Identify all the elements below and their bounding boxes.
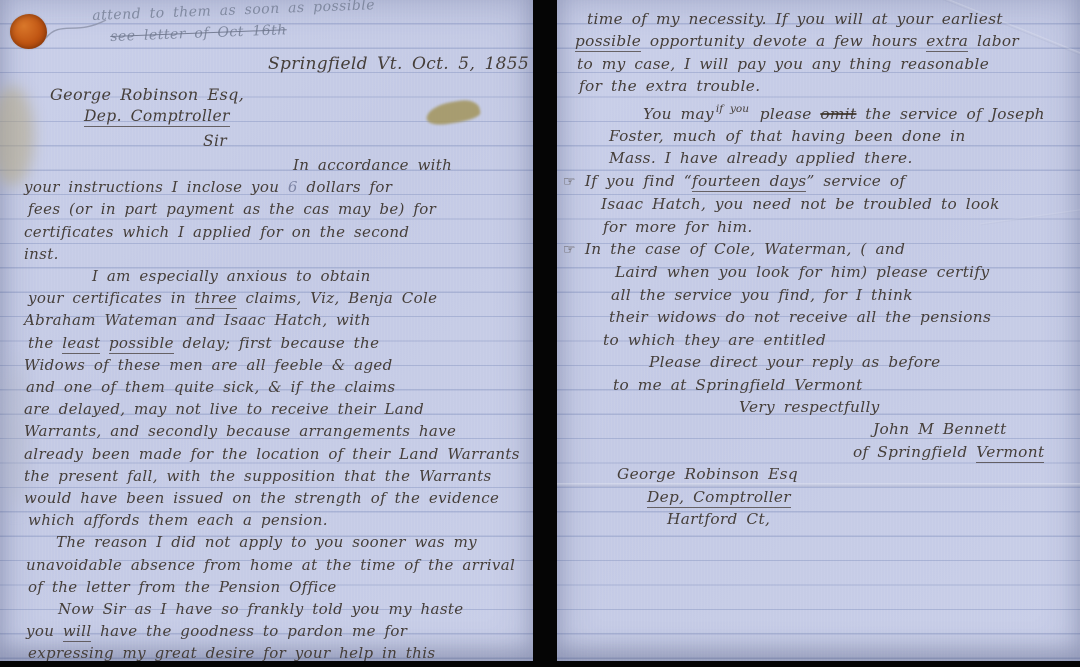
handwritten-text: time of my necessity. If you will at you…	[587, 10, 1003, 28]
handwritten-text: I am especially anxious to obtain	[92, 267, 371, 285]
handwritten-text: all the service you find, for I think	[611, 286, 913, 304]
handwritten-text: Mass. I have already applied there.	[609, 149, 913, 167]
handwritten-text: Foster, much of that having been done in	[609, 127, 966, 145]
handwritten-text: to which they are entitled	[603, 331, 826, 349]
handwritten-text: of the letter from the Pension Office	[28, 578, 337, 596]
handwritten-line: Laird when you look for him) please cert…	[557, 261, 1080, 283]
handwritten-line: your certificates in three claims, Viz, …	[0, 287, 533, 309]
handwritten-text: 6	[288, 178, 298, 196]
handwritten-line: certificates which I applied for on the …	[0, 221, 533, 243]
handwritten-text: possible	[575, 32, 641, 52]
handwritten-line: all the service you find, for I think	[557, 284, 1080, 306]
handwritten-text: fourteen days	[692, 172, 806, 192]
handwritten-text: delay; first because the	[174, 334, 379, 352]
handwritten-line: unavoidable absence from home at the tim…	[0, 554, 533, 576]
handwritten-text: claims, Viz, Benja Cole	[237, 289, 437, 307]
handwritten-text: would have been issued on the strength o…	[24, 489, 499, 507]
handwritten-line: Dep, Comptroller	[557, 486, 1080, 508]
handwritten-line: Mass. I have already applied there.	[557, 147, 1080, 169]
handwritten-text: George Robinson Esq	[617, 465, 798, 483]
handwritten-line: John M Bennett	[557, 418, 1080, 440]
handwritten-line: your instructions I inclose you 6 dollar…	[0, 176, 533, 198]
handwritten-line: fees (or in part payment as the cas may …	[0, 198, 533, 220]
handwritten-line: expressing my great desire for your help…	[0, 642, 533, 661]
scanned-letter-1855: { "colors": { "background": "#050505", "…	[0, 0, 1080, 667]
handwritten-text: fees (or in part payment as the cas may …	[28, 200, 436, 218]
handwritten-text: If you find “	[585, 172, 692, 190]
handwritten-text: In accordance with	[293, 156, 452, 174]
handwritten-line: of the letter from the Pension Office	[0, 576, 533, 598]
handwritten-line: George Robinson Esq	[557, 463, 1080, 485]
handwritten-line: In accordance with	[0, 154, 533, 176]
handwritten-text: which affords them each a pension.	[28, 511, 328, 529]
handwritten-line: Please direct your reply as before	[557, 351, 1080, 373]
handwritten-line: for more for him.	[557, 216, 1080, 238]
handwritten-text: unavoidable absence from home at the tim…	[26, 556, 515, 574]
left-page-body: In accordance withyour instructions I in…	[0, 154, 533, 661]
handwritten-text: will	[63, 622, 92, 642]
handwritten-text: you	[26, 622, 63, 640]
handwritten-line: Isaac Hatch, you need not be troubled to…	[557, 193, 1080, 215]
right-page-body: time of my necessity. If you will at you…	[557, 8, 1080, 530]
handwritten-line: inst.	[0, 243, 533, 265]
handwritten-line: Foster, much of that having been done in	[557, 125, 1080, 147]
handwritten-line: the present fall, with the supposition t…	[0, 465, 533, 487]
handwritten-line: ☞In the case of Cole, Waterman, ( and	[557, 238, 1080, 261]
handwritten-text: Warrants, and secondly because arrangeme…	[24, 422, 456, 440]
manicule-icon: ☞	[563, 174, 576, 190]
handwritten-text: the service of Joseph	[856, 105, 1044, 123]
handwritten-line: of Springfield Vermont	[557, 441, 1080, 463]
handwritten-text: omit	[820, 105, 856, 123]
handwritten-text: the	[28, 334, 62, 352]
handwritten-line: already been made for the location of th…	[0, 443, 533, 465]
handwritten-text: Laird when you look for him) please cert…	[615, 263, 989, 281]
pencil-annotation-line2: see letter of Oct 16th	[110, 22, 287, 45]
recipient-title-wrap: Dep. Comptroller	[84, 107, 230, 125]
handwritten-text: if you	[716, 103, 749, 115]
handwritten-text: Widows of these men are all feeble & age…	[24, 356, 393, 374]
handwritten-text: opportunity devote a few hours	[641, 32, 926, 50]
handwritten-text: least	[62, 334, 100, 354]
handwritten-text: to me at Springfield Vermont	[613, 376, 863, 394]
handwritten-text: and one of them quite sick, & if the cla…	[26, 378, 395, 396]
handwritten-text: the present fall, with the supposition t…	[24, 467, 492, 485]
handwritten-text: John M Bennett	[873, 420, 1007, 438]
recipient-title: Dep. Comptroller	[84, 107, 230, 127]
pencil-annotation-line1: attend to them as soon as possible	[92, 0, 375, 24]
handwritten-line: are delayed, may not live to receive the…	[0, 398, 533, 420]
handwritten-text: ” service of	[806, 172, 905, 190]
handwritten-text: Please direct your reply as before	[649, 353, 941, 371]
handwritten-text: of Springfield	[853, 443, 976, 461]
salutation: Sir	[203, 132, 227, 150]
handwritten-line: would have been issued on the strength o…	[0, 487, 533, 509]
handwritten-text: for the extra trouble.	[579, 77, 760, 95]
handwritten-line: the least possible delay; first because …	[0, 332, 533, 354]
handwritten-text: The reason I did not apply to you sooner…	[56, 533, 477, 551]
handwritten-text: In the case of Cole, Waterman, ( and	[585, 240, 905, 258]
handwritten-text: your instructions I inclose you	[24, 178, 288, 196]
handwritten-text: Very respectfully	[739, 398, 880, 416]
handwritten-text: Hartford Ct,	[667, 510, 770, 528]
handwritten-text: Now Sir as I have so frankly told you my…	[58, 600, 463, 618]
handwritten-text: their widows do not receive all the pens…	[609, 308, 991, 326]
handwritten-text: inst.	[24, 245, 59, 263]
handwritten-line: Very respectfully	[557, 396, 1080, 418]
handwritten-line: Hartford Ct,	[557, 508, 1080, 530]
handwritten-text: already been made for the location of th…	[24, 445, 520, 463]
letter-page-right: time of my necessity. If you will at you…	[557, 0, 1080, 661]
handwritten-text	[100, 334, 109, 352]
handwritten-text: You may	[643, 105, 714, 123]
handwritten-text: Vermont	[976, 443, 1044, 463]
handwritten-line: and one of them quite sick, & if the cla…	[0, 376, 533, 398]
handwritten-line: you will have the goodness to pardon me …	[0, 620, 533, 642]
handwritten-line: The reason I did not apply to you sooner…	[0, 531, 533, 553]
handwritten-line: to my case, I will pay you any thing rea…	[557, 53, 1080, 75]
handwritten-text: please	[751, 105, 820, 123]
letter-page-left: attend to them as soon as possible see l…	[0, 0, 533, 661]
handwritten-text: Abraham Wateman and Isaac Hatch, with	[24, 311, 371, 329]
handwritten-line: ☞If you find “fourteen days” service of	[557, 170, 1080, 193]
handwritten-text: to my case, I will pay you any thing rea…	[577, 55, 989, 73]
handwritten-text: possible	[109, 334, 174, 354]
recipient-name: George Robinson Esq,	[50, 85, 244, 104]
handwritten-line: to which they are entitled	[557, 329, 1080, 351]
handwritten-text: your certificates in	[28, 289, 195, 307]
handwritten-line: which affords them each a pension.	[0, 509, 533, 531]
handwritten-line: possible opportunity devote a few hours …	[557, 30, 1080, 52]
handwritten-line: You mayif you please omit the service of…	[557, 98, 1080, 125]
handwritten-text: three	[195, 289, 237, 309]
handwritten-text: certificates which I applied for on the …	[24, 223, 409, 241]
handwritten-line: for the extra trouble.	[557, 75, 1080, 97]
handwritten-text: dollars for	[298, 178, 393, 196]
handwritten-text: for more for him.	[603, 218, 753, 236]
handwritten-text: labor	[968, 32, 1019, 50]
handwritten-text: Dep, Comptroller	[647, 488, 791, 508]
paper-stain	[425, 98, 482, 127]
manicule-icon: ☞	[563, 242, 576, 258]
handwritten-text: have the goodness to pardon me for	[91, 622, 407, 640]
dateline: Springfield Vt. Oct. 5, 1855	[268, 54, 529, 74]
handwritten-text: extra	[926, 32, 968, 52]
handwritten-line: their widows do not receive all the pens…	[557, 306, 1080, 328]
handwritten-text: expressing my great desire for your help…	[28, 644, 435, 661]
handwritten-line: Warrants, and secondly because arrangeme…	[0, 420, 533, 442]
handwritten-line: I am especially anxious to obtain	[0, 265, 533, 287]
handwritten-line: to me at Springfield Vermont	[557, 374, 1080, 396]
handwritten-text: are delayed, may not live to receive the…	[24, 400, 424, 418]
handwritten-line: Abraham Wateman and Isaac Hatch, with	[0, 309, 533, 331]
handwritten-line: Now Sir as I have so frankly told you my…	[0, 598, 533, 620]
handwritten-text: Isaac Hatch, you need not be troubled to…	[601, 195, 1000, 213]
handwritten-line: Widows of these men are all feeble & age…	[0, 354, 533, 376]
handwritten-line: time of my necessity. If you will at you…	[557, 8, 1080, 30]
